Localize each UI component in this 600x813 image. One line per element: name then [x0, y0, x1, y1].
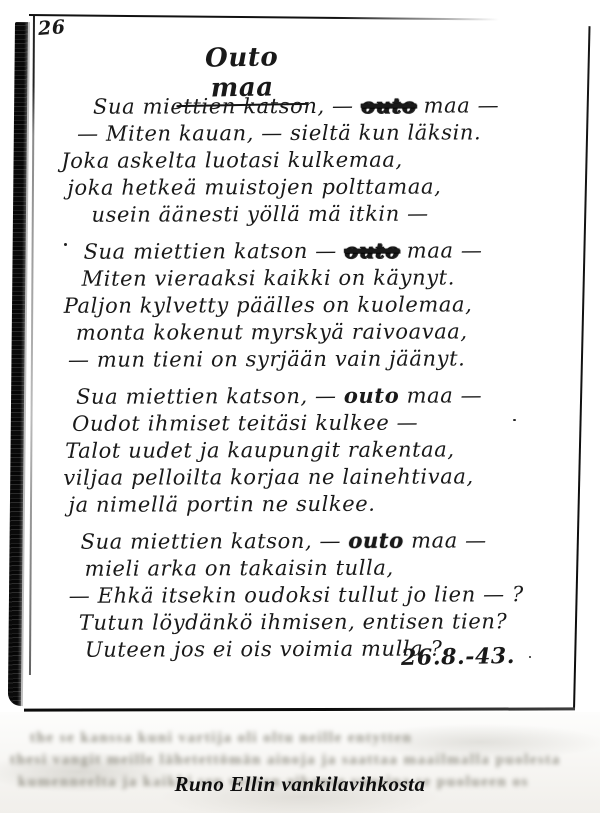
- poem-line-text: Sua miettien katson, —: [93, 94, 361, 119]
- overwritten-word: outo: [361, 93, 416, 118]
- overwritten-word: outo: [344, 238, 399, 263]
- poem-line: Paljon kylvetty päälles on kuolemaa,: [64, 291, 550, 320]
- page-top-edge: [29, 14, 499, 21]
- poem-line-text: Sua miettien katson —: [84, 239, 345, 264]
- page-number: 26: [37, 16, 66, 40]
- poem-line: Tutun löydänkö ihmisen, entisen tien?: [79, 608, 551, 637]
- poem-line: — mun tieni on syrjään vain jäänyt.: [68, 345, 550, 374]
- poem-line: monta kokenut myrskyä raivoavaa,: [76, 318, 550, 347]
- poem-line: Miten vieraaksi kaikki on käynyt.: [82, 264, 550, 293]
- poem-stanza-2: Sua miettien katson — outo maa — Miten v…: [59, 236, 549, 374]
- poem-line: viljaa pelloilta korjaa ne lainehtivaa,: [63, 463, 550, 492]
- poem-line: — Ehkä itsekin oudoksi tullut jo lien — …: [69, 581, 551, 610]
- poem-line: Sua miettien katson, — outo maa —: [81, 526, 551, 556]
- poem-line: Sua miettien katson, — outo maa —: [93, 91, 549, 121]
- poem-line-text: Sua miettien katson, —: [81, 529, 349, 554]
- poem-line: Sua miettien katson — outo maa —: [83, 236, 549, 266]
- poem-line-text: maa —: [399, 238, 482, 262]
- poem-stanza-3: Sua miettien katson, — outo maa — Oudot …: [60, 381, 550, 519]
- book-binding: [8, 22, 28, 706]
- bleedthrough-text: thesi vangit meille lähetettömän ainoja …: [10, 752, 561, 769]
- poem-line: ja nimellä portin ne sulkee.: [68, 490, 550, 519]
- poem-line: Joka askelta luotasi kulkemaa,: [61, 146, 549, 175]
- poem-line: Sua miettien katson, — outo maa —: [76, 381, 550, 411]
- poem-line: — Miten kauan, — sieltä kun läksin.: [77, 119, 549, 148]
- poem-line: usein äänesti yöllä mä itkin —: [91, 200, 549, 229]
- poem-line-text: maa —: [404, 528, 487, 552]
- poem-line: Oudot ihmiset teitäsi kulkee —: [72, 409, 550, 438]
- poem-stanza-1: Sua miettien katson, — outo maa — — Mite…: [59, 91, 549, 229]
- page-bottom-edge: [24, 707, 575, 711]
- below-page-strip: the se kanssa kuni vartija oli oltu neil…: [0, 712, 600, 813]
- poem-line: mieli arka on takaisin tulla,: [85, 554, 551, 583]
- poem-date: 26.8.-43.: [401, 643, 515, 671]
- page-fold-line: [29, 15, 35, 675]
- overwritten-word: outo: [348, 528, 403, 553]
- photo-caption: Runo Ellin vankilavihkosta: [0, 772, 600, 797]
- poem: Sua miettien katson, — outo maa — — Mite…: [59, 91, 551, 673]
- poem-line: Talot uudet ja kaupungit rakentaa,: [65, 436, 550, 465]
- poem-line-text: maa —: [416, 93, 499, 117]
- bleedthrough-text: the se kanssa kuni vartija oli oltu neil…: [30, 730, 412, 747]
- page-right-edge: [573, 26, 591, 710]
- poem-line-text: Sua miettien katson, —: [76, 384, 344, 409]
- poem-line-text: maa —: [399, 383, 482, 407]
- poem-line: joka hetkeä muistojen polttamaa,: [67, 173, 549, 202]
- overwritten-word: outo: [344, 383, 399, 408]
- scanned-notebook-page: 26 Outo maa Sua miettien katson, — outo …: [0, 0, 600, 813]
